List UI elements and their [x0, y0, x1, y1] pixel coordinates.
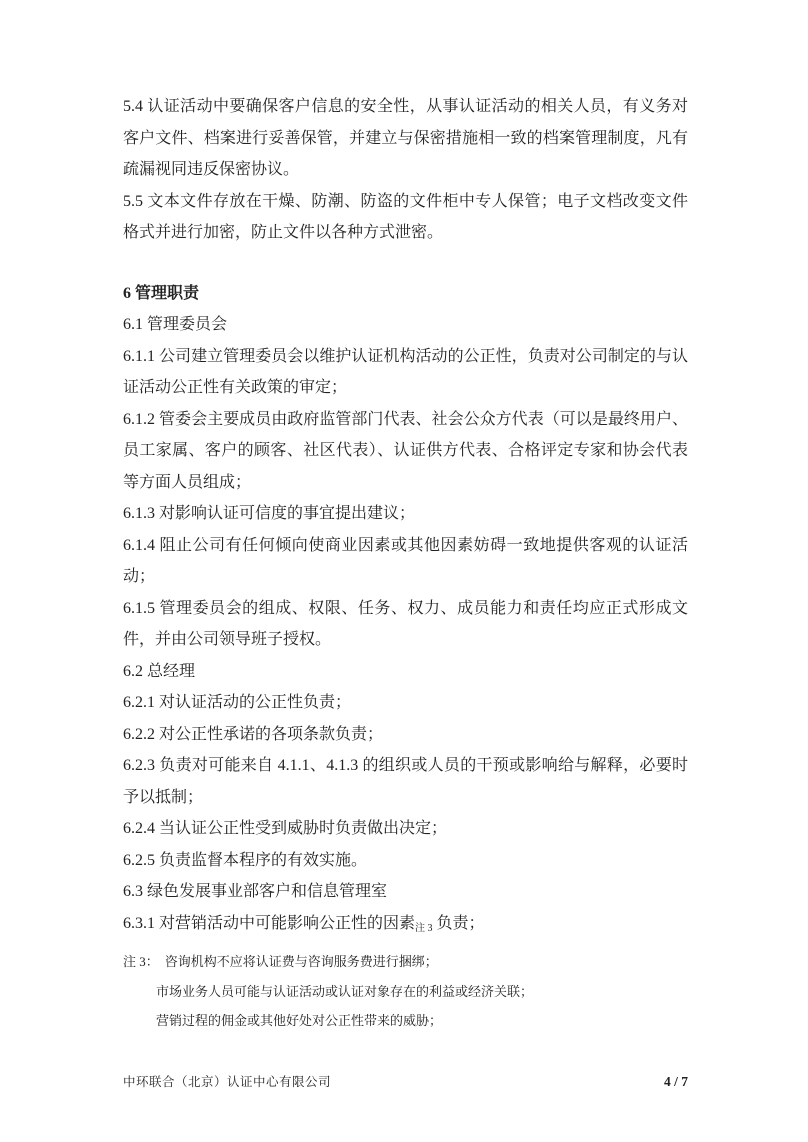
footnote-ref-3: 注 3 — [415, 923, 433, 934]
section-heading-6-3: 6.3 绿色发展事业部客户和信息管理室 — [123, 876, 688, 908]
paragraph-6-1-3: 6.1.3 对影响认证可信度的事宜提出建议； — [123, 498, 688, 530]
paragraph-5-4: 5.4 认证活动中要确保客户信息的安全性，从事认证活动的相关人员，有义务对客户文… — [123, 91, 688, 186]
section-heading-6: 6 管理职责 — [123, 278, 688, 310]
paragraph-5-5: 5.5 文本文件存放在干燥、防潮、防盗的文件柜中专人保管；电子文档改变文件格式并… — [123, 186, 688, 249]
paragraph-6-2-5: 6.2.5 负责监督本程序的有效实施。 — [123, 845, 688, 877]
note-3-line-2: 市场业务人员可能与认证活动或认证对象存在的利益或经济关联； — [123, 977, 688, 1007]
document-page: 5.4 认证活动中要确保客户信息的安全性，从事认证活动的相关人员，有义务对客户文… — [0, 0, 808, 1142]
page-number: 4 / 7 — [664, 1074, 688, 1090]
page-footer: 中环联合（北京）认证中心有限公司 4 / 7 — [123, 1072, 688, 1090]
paragraph-6-3-1-tail: 负责； — [433, 915, 485, 932]
paragraph-6-2-1: 6.2.1 对认证活动的公正性负责； — [123, 687, 688, 719]
note-3-label: 注 3： — [123, 954, 159, 969]
paragraph-6-3-1: 6.3.1 对营销活动中可能影响公正性的因素注 3 负责； — [123, 908, 688, 945]
paragraph-6-2-3: 6.2.3 负责对可能来自 4.1.1、4.1.3 的组织或人员的干预或影响给与… — [123, 750, 688, 813]
note-3-item-1: 咨询机构不应将认证费与咨询服务费进行捆绑； — [165, 954, 438, 969]
note-3-line-1: 注 3：咨询机构不应将认证费与咨询服务费进行捆绑； — [123, 947, 688, 977]
section-heading-6-2: 6.2 总经理 — [123, 656, 688, 688]
document-body: 5.4 认证活动中要确保客户信息的安全性，从事认证活动的相关人员，有义务对客户文… — [123, 91, 688, 1036]
paragraph-6-1-5: 6.1.5 管理委员会的组成、权限、任务、权力、成员能力和责任均应正式形成文件，… — [123, 593, 688, 656]
note-3-block: 注 3：咨询机构不应将认证费与咨询服务费进行捆绑； 市场业务人员可能与认证活动或… — [123, 947, 688, 1036]
footer-company-name: 中环联合（北京）认证中心有限公司 — [123, 1072, 331, 1090]
paragraph-6-3-1-text: 6.3.1 对营销活动中可能影响公正性的因素 — [123, 915, 415, 932]
paragraph-6-2-4: 6.2.4 当认证公正性受到威胁时负责做出决定； — [123, 813, 688, 845]
paragraph-6-1-1: 6.1.1 公司建立管理委员会以维护认证机构活动的公正性，负责对公司制定的与认证… — [123, 341, 688, 404]
paragraph-6-1-2: 6.1.2 管委会主要成员由政府监管部门代表、社会公众方代表（可以是最终用户、员… — [123, 404, 688, 499]
section-heading-6-1: 6.1 管理委员会 — [123, 309, 688, 341]
paragraph-6-2-2: 6.2.2 对公正性承诺的各项条款负责； — [123, 719, 688, 751]
paragraph-6-1-4: 6.1.4 阻止公司有任何倾向使商业因素或其他因素妨碍一致地提供客观的认证活动； — [123, 530, 688, 593]
note-3-line-3: 营销过程的佣金或其他好处对公正性带来的威胁； — [123, 1006, 688, 1036]
